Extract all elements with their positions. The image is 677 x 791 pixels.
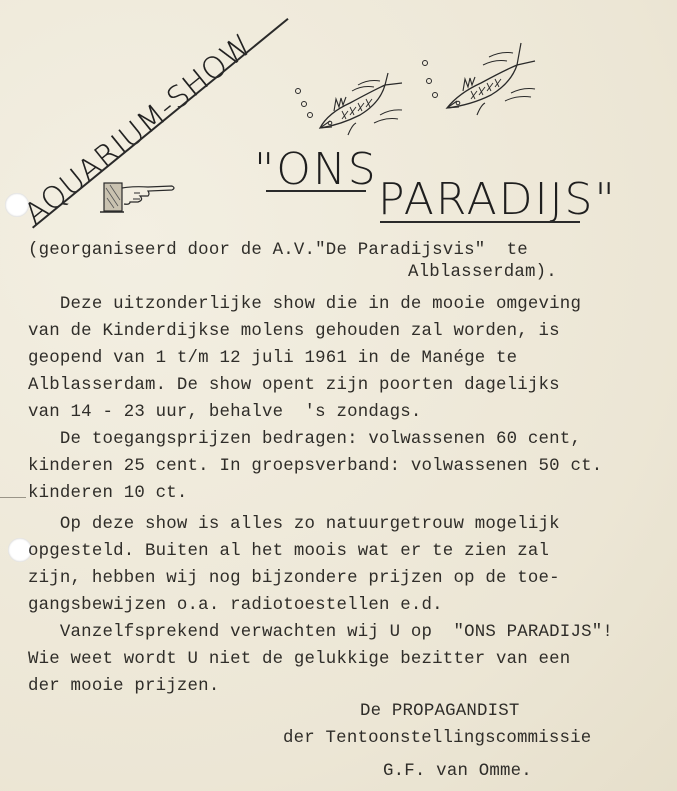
body-line: van 14 - 23 uur, behalve 's zondags. — [28, 399, 422, 426]
pointing-hand-icon — [100, 180, 180, 220]
fish-icon — [290, 55, 420, 145]
margin-mark — [0, 497, 26, 498]
body-line: der mooie prijzen. — [28, 673, 219, 700]
signature-committee: der Tentoonstellingscommissie — [283, 725, 591, 752]
title-ons-underline — [266, 190, 366, 192]
signature-title: De PROPAGANDIST — [360, 698, 520, 725]
title-ons: "ONS — [254, 148, 378, 192]
body-line: gangsbewijzen o.a. radiotoestellen e.d. — [28, 592, 443, 619]
body-line: Vanzelfsprekend verwachten wij U op "ONS… — [28, 619, 613, 646]
body-line: kinderen 25 cent. In groepsverband: volw… — [28, 453, 602, 480]
fish-icon — [415, 35, 565, 125]
title-paradijs: PARADIJS" — [378, 178, 617, 222]
signature-name: G.F. van Omme. — [383, 758, 532, 785]
organizer-location: Alblasserdam). — [408, 259, 557, 286]
body-line: De toegangsprijzen bedragen: volwassenen… — [28, 426, 581, 453]
body-line: opgesteld. Buiten al het moois wat er te… — [28, 538, 549, 565]
body-line: Deze uitzonderlijke show die in de mooie… — [28, 291, 581, 318]
title-paradijs-underline — [380, 221, 580, 223]
body-line: Op deze show is alles zo natuurgetrouw m… — [28, 511, 560, 538]
body-line: geopend van 1 t/m 12 juli 1961 in de Man… — [28, 345, 517, 372]
body-line: Wie weet wordt U niet de gelukkige bezit… — [28, 646, 570, 673]
body-line: van de Kinderdijkse molens gehouden zal … — [28, 318, 560, 345]
body-line: zijn, hebben wij nog bijzondere prijzen … — [28, 565, 560, 592]
body-line: kinderen 10 ct. — [28, 480, 188, 507]
body-line: Alblasserdam. De show opent zijn poorten… — [28, 372, 560, 399]
